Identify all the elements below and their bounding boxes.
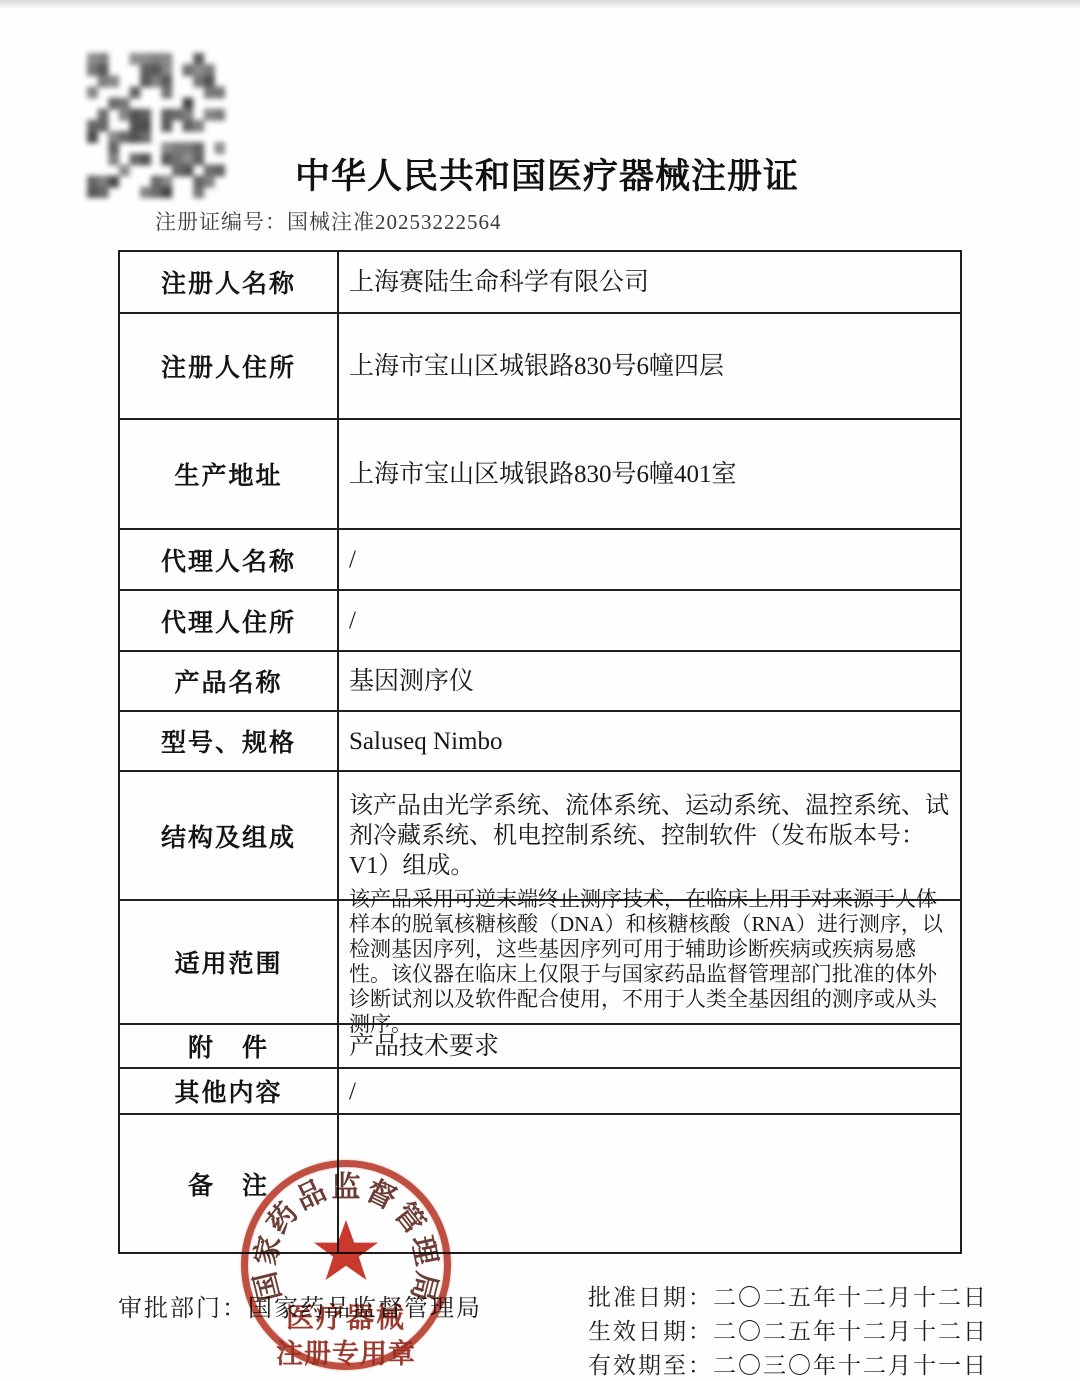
table-row: 其他内容 / (120, 1067, 960, 1113)
row-value-text: 上海市宝山区城银路830号6幢401室 (349, 459, 737, 490)
row-value (339, 1115, 960, 1252)
date-value: 二〇三〇年十二月十一日 (713, 1353, 988, 1378)
dates-block: 批准日期：二〇二五年十二月十二日 生效日期：二〇二五年十二月十二日 有效期至：二… (588, 1281, 988, 1381)
row-value: / (339, 591, 960, 650)
date-label: 批准日期： (588, 1285, 713, 1310)
page-title: 中华人民共和国医疗器械注册证 (0, 149, 1080, 199)
row-label: 其他内容 (120, 1069, 339, 1113)
date-label: 有效期至： (588, 1353, 713, 1378)
table-row: 备 注 (120, 1113, 960, 1252)
row-label: 生产地址 (120, 420, 339, 528)
row-value-text: / (349, 1076, 356, 1107)
row-value: 产品技术要求 (339, 1025, 960, 1067)
row-value: 上海市宝山区城银路830号6幢401室 (339, 420, 960, 528)
row-label: 产品名称 (120, 652, 339, 710)
row-value-text: 基因测序仪 (349, 666, 474, 697)
approval-department-label: 审批部门： (118, 1296, 248, 1322)
certificate-page: 中华人民共和国医疗器械注册证 注册证编号：国械注准20253222564 注册人… (0, 0, 1080, 1381)
row-value-text: 上海赛陆生命科学有限公司 (349, 267, 649, 298)
date-line: 批准日期：二〇二五年十二月十二日 (588, 1281, 988, 1315)
row-label: 适用范围 (120, 901, 339, 1023)
photo-edge-shade (0, 0, 1080, 9)
row-label: 附 件 (120, 1025, 339, 1067)
row-label: 注册人住所 (120, 314, 339, 418)
row-value-text: 产品技术要求 (349, 1031, 499, 1062)
row-value-text: / (349, 605, 356, 636)
row-value: 上海赛陆生命科学有限公司 (339, 252, 960, 312)
registration-number-line: 注册证编号：国械注准20253222564 (155, 206, 502, 236)
date-line: 生效日期：二〇二五年十二月十二日 (588, 1315, 988, 1349)
table-row: 生产地址 上海市宝山区城银路830号6幢401室 (120, 418, 960, 528)
approval-department-line: 审批部门：国家药品监督管理局 (118, 1288, 482, 1323)
row-value: 该产品由光学系统、流体系统、运动系统、温控系统、试剂冷藏系统、机电控制系统、控制… (339, 772, 960, 899)
certificate-table: 注册人名称 上海赛陆生命科学有限公司 注册人住所 上海市宝山区城银路830号6幢… (118, 250, 962, 1254)
row-value: 基因测序仪 (339, 652, 960, 710)
row-value-text: Saluseq Nimbo (349, 726, 502, 757)
approval-department-value: 国家药品监督管理局 (248, 1296, 482, 1322)
row-value-text: 该产品采用可逆末端终止测序技术，在临床上用于对来源于人体样本的脱氧核糖核酸（DN… (349, 887, 950, 1037)
row-label: 备 注 (120, 1115, 339, 1252)
row-value: 上海市宝山区城银路830号6幢四层 (339, 314, 960, 418)
row-label: 代理人名称 (120, 530, 339, 589)
table-row: 附 件 产品技术要求 (120, 1023, 960, 1067)
date-value: 二〇二五年十二月十二日 (713, 1319, 988, 1344)
row-value: Saluseq Nimbo (339, 712, 960, 770)
date-label: 生效日期： (588, 1319, 713, 1344)
registration-number-value: 国械注准20253222564 (287, 210, 502, 234)
date-line: 有效期至：二〇三〇年十二月十一日 (588, 1349, 988, 1381)
table-row: 代理人住所 / (120, 589, 960, 650)
row-value: / (339, 530, 960, 589)
date-value: 二〇二五年十二月十二日 (713, 1285, 988, 1310)
row-value-text: 上海市宝山区城银路830号6幢四层 (349, 351, 724, 382)
row-label: 结构及组成 (120, 772, 339, 899)
table-row: 适用范围 该产品采用可逆末端终止测序技术，在临床上用于对来源于人体样本的脱氧核糖… (120, 899, 960, 1023)
row-value: / (339, 1069, 960, 1113)
table-row: 结构及组成 该产品由光学系统、流体系统、运动系统、温控系统、试剂冷藏系统、机电控… (120, 770, 960, 899)
row-label: 注册人名称 (120, 252, 339, 312)
seal-text-line2: 注册专用章 (241, 1332, 451, 1371)
row-value-text: 该产品由光学系统、流体系统、运动系统、温控系统、试剂冷藏系统、机电控制系统、控制… (349, 791, 950, 881)
table-row: 型号、规格 Saluseq Nimbo (120, 710, 960, 770)
row-value: 该产品采用可逆末端终止测序技术，在临床上用于对来源于人体样本的脱氧核糖核酸（DN… (339, 901, 960, 1023)
table-row: 注册人名称 上海赛陆生命科学有限公司 (120, 252, 960, 312)
table-row: 产品名称 基因测序仪 (120, 650, 960, 710)
row-label: 型号、规格 (120, 712, 339, 770)
row-label: 代理人住所 (120, 591, 339, 650)
registration-number-label: 注册证编号： (155, 210, 287, 234)
row-value-text: / (349, 544, 356, 575)
table-row: 代理人名称 / (120, 528, 960, 589)
table-row: 注册人住所 上海市宝山区城银路830号6幢四层 (120, 312, 960, 418)
